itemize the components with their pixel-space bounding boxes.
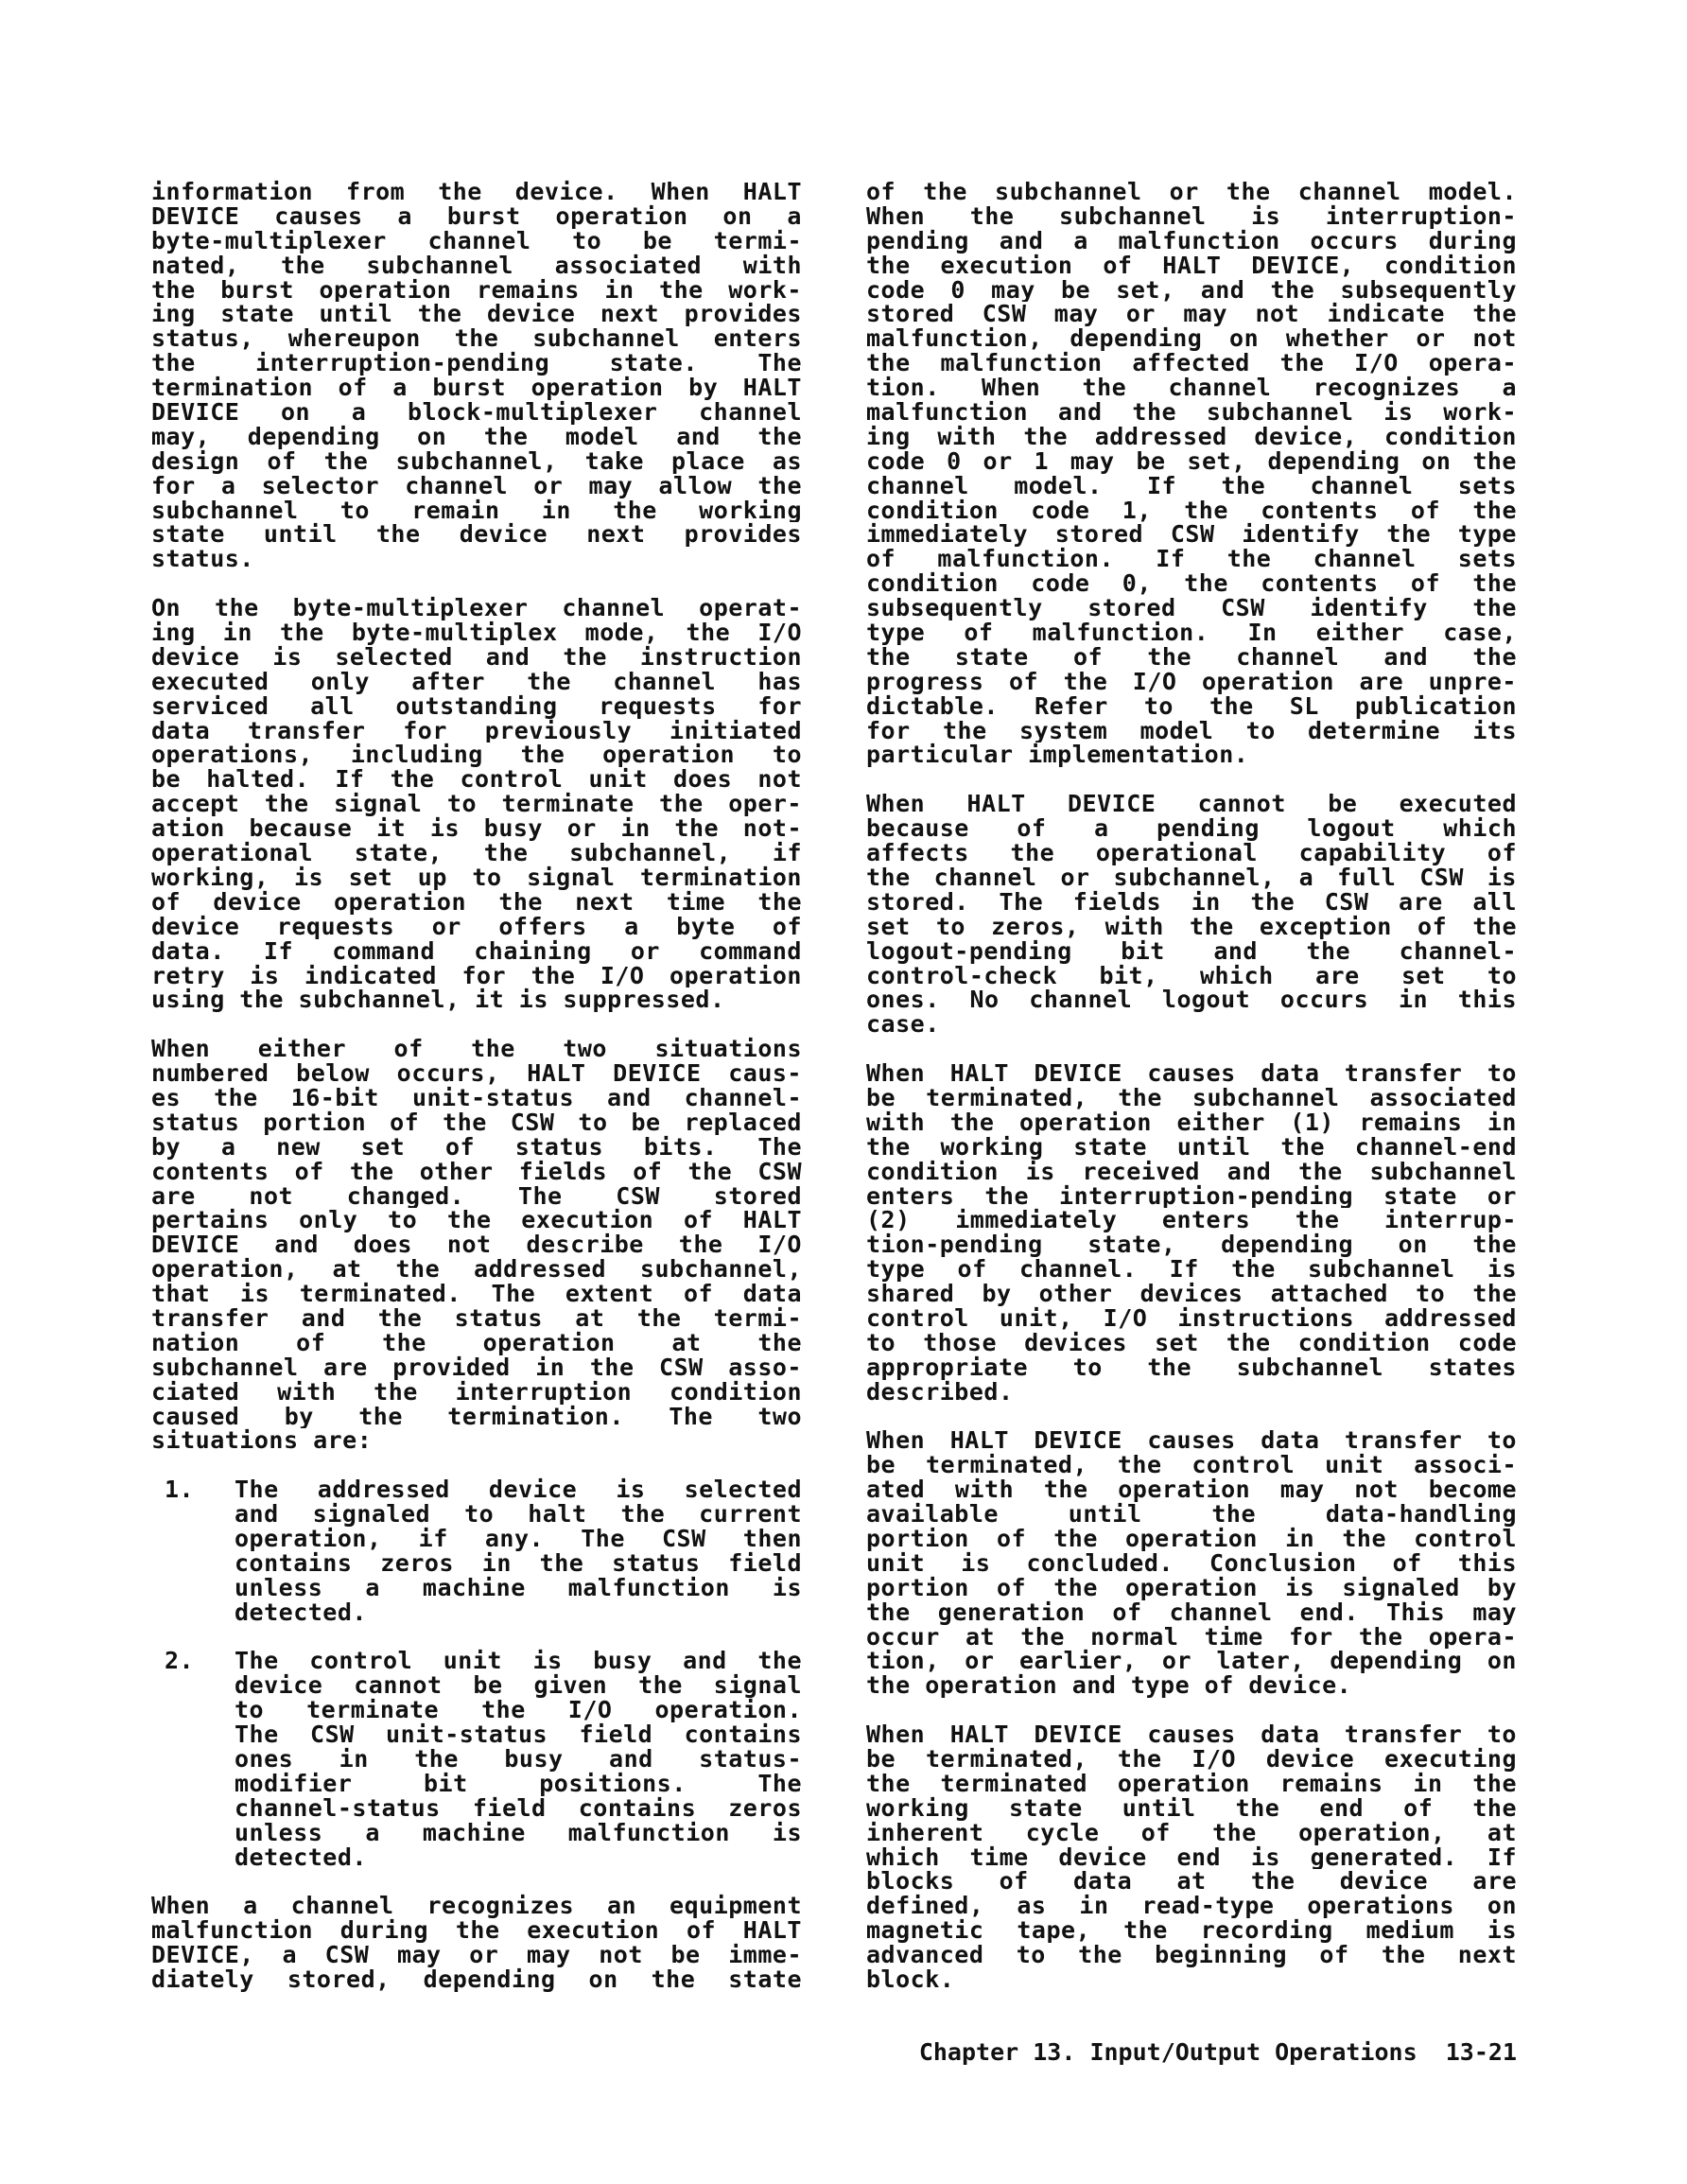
text-line: operation, if any. The CSW then [235,1527,802,1551]
text-line: condition code 0, the contents of the [866,571,1517,596]
text-line: the operation and type of device. [866,1673,1517,1698]
text-line: executed only after the channel has [151,670,802,694]
text-line: detected. [235,1845,802,1870]
text-line: es the 16-bit unit-status and channel- [151,1086,802,1110]
text-line: ated with the operation may not become [866,1477,1517,1502]
text-line: When HALT DEVICE cannot be executed [866,792,1517,816]
text-line: pending and a malfunction occurs during [866,229,1517,253]
text-line: The addressed device is selected [235,1477,802,1502]
text-line: (2) immediately enters the interrup- [866,1208,1517,1232]
text-line: ation because it is busy or in the not- [151,816,802,841]
text-line: situations are: [151,1428,802,1453]
footer-chapter-title: Chapter 13. Input/Output Operations [919,2038,1417,2066]
text-line: by a new set of status bits. The [151,1135,802,1160]
text-line: diately stored, depending on the state [151,1967,802,1992]
text-line: and signaled to halt the current [235,1502,802,1527]
text-line: subchannel to remain in the working [151,498,802,523]
text-line: design of the subchannel, take place as [151,449,802,474]
text-line: ones in the busy and status- [235,1747,802,1772]
text-line: be halted. If the control unit does not [151,767,802,792]
text-line: control unit, I/O instructions addressed [866,1306,1517,1331]
text-line: data transfer for previously initiated [151,719,802,743]
text-line: be terminated, the I/O device executing [866,1747,1517,1772]
text-line: for the system model to determine its [866,719,1517,743]
paragraph-subchannel-termination: When HALT DEVICE causes data transfer to… [866,1061,1517,1404]
text-line: malfunction and the subchannel is work- [866,400,1517,425]
text-line: defined, as in read-type operations on [866,1894,1517,1918]
text-line: the burst operation remains in the work- [151,278,802,303]
text-line: information from the device. When HALT [151,180,802,204]
text-line: tion. When the channel recognizes a [866,376,1517,400]
text-line: detected. [235,1600,802,1625]
text-line: available until the data-handling [866,1502,1517,1527]
text-line: The CSW unit-status field contains [235,1722,802,1747]
text-line: state until the device next provides [151,522,802,547]
paragraph-two-situations: When either of the two situationsnumbere… [151,1037,802,1453]
text-line: The control unit is busy and the [235,1649,802,1673]
text-line: to those devices set the condition code [866,1331,1517,1355]
text-line: condition code 1, the contents of the [866,498,1517,523]
text-line: enters the interruption-pending state or [866,1184,1517,1209]
text-line: particular implementation. [866,743,1517,767]
text-line: data. If command chaining or command [151,939,802,964]
paragraph-device-termination: When HALT DEVICE causes data transfer to… [866,1722,1517,1992]
text-line: When HALT DEVICE causes data transfer to [866,1722,1517,1747]
text-line: transfer and the status at the termi- [151,1306,802,1331]
text-line: stored CSW may or may not indicate the [866,302,1517,326]
text-line: shared by other devices attached to the [866,1282,1517,1306]
text-line: using the subchannel, it is suppressed. [151,987,802,1012]
text-line: appropriate to the subchannel states [866,1355,1517,1380]
text-line: magnetic tape, the recording medium is [866,1918,1517,1943]
text-line: contents of the other fields of the CSW [151,1160,802,1184]
text-line: code 0 or 1 may be set, depending on the [866,449,1517,474]
text-line: described. [866,1380,1517,1405]
text-line: type of malfunction. In either case, [866,620,1517,645]
paragraph-pending-logout: When HALT DEVICE cannot be executedbecau… [866,792,1517,1037]
text-line: pertains only to the execution of HALT [151,1208,802,1232]
text-line: be terminated, the subchannel associated [866,1086,1517,1110]
text-line: status. [151,547,802,571]
text-line: DEVICE, a CSW may or may not be imme- [151,1943,802,1967]
text-line: malfunction, depending on whether or not [866,326,1517,351]
text-line: the working state until the channel-end [866,1135,1517,1160]
text-line: inherent cycle of the operation, at [866,1821,1517,1845]
paragraph-malfunction-condition-codes: of the subchannel or the channel model.W… [866,180,1517,767]
text-line: blocks of data at the device are [866,1869,1517,1894]
text-line: When HALT DEVICE causes data transfer to [866,1061,1517,1086]
text-line: advanced to the beginning of the next [866,1943,1517,1967]
text-line: control-check bit, which are set to [866,964,1517,988]
text-line: condition is received and the subchannel [866,1160,1517,1184]
text-line: status portion of the CSW to be replaced [151,1110,802,1135]
text-line: termination of a burst operation by HALT [151,376,802,400]
text-line: contains zeros in the status field [235,1551,802,1576]
text-line: immediately stored CSW identify the type [866,522,1517,547]
text-line: progress of the I/O operation are unpre- [866,670,1517,694]
text-line: caused by the termination. The two [151,1405,802,1429]
list-item-text: The addressed device is selectedand sign… [235,1477,802,1624]
text-line: ing state until the device next provides [151,302,802,326]
text-line: operation, at the addressed subchannel, [151,1257,802,1282]
text-line: portion of the operation is signaled by [866,1576,1517,1600]
text-line: to terminate the I/O operation. [235,1698,802,1722]
text-line: working, is set up to signal termination [151,865,802,890]
text-line: subchannel are provided in the CSW asso- [151,1355,802,1380]
text-line: malfunction during the execution of HALT [151,1918,802,1943]
text-line: nated, the subchannel associated with [151,253,802,278]
text-line: ing in the byte-multiplex mode, the I/O [151,620,802,645]
text-line: block. [866,1967,1517,1992]
right-column: of the subchannel or the channel model.W… [866,180,1517,2017]
text-line: with the operation either (1) remains in [866,1110,1517,1135]
text-line: unit is concluded. Conclusion of this [866,1551,1517,1576]
text-line: type of channel. If the subchannel is [866,1257,1517,1282]
paragraph-control-unit-termination: When HALT DEVICE causes data transfer to… [866,1428,1517,1698]
text-line: portion of the operation in the control [866,1527,1517,1551]
text-line: working state until the end of the [866,1796,1517,1821]
text-line: When a channel recognizes an equipment [151,1894,802,1918]
text-line: the state of the channel and the [866,645,1517,670]
text-line: When HALT DEVICE causes data transfer to [866,1428,1517,1453]
text-line: tion, or earlier, or later, depending on [866,1649,1517,1673]
text-line: that is terminated. The extent of data [151,1282,802,1306]
text-line: device is selected and the instruction [151,645,802,670]
list-item-1: 1. The addressed device is selectedand s… [151,1477,802,1624]
text-line: ones. No channel logout occurs in this [866,987,1517,1012]
text-line: retry is indicated for the I/O operation [151,964,802,988]
text-line: because of a pending logout which [866,816,1517,841]
text-line: byte-multiplexer channel to be termi- [151,229,802,253]
list-item-text: The control unit is busy and thedevice c… [235,1649,802,1869]
text-line: modifier bit positions. The [235,1772,802,1796]
text-line: which time device end is generated. If [866,1845,1517,1870]
text-line: tion-pending state, depending on the [866,1232,1517,1257]
text-line: On the byte-multiplexer channel operat- [151,596,802,620]
text-line: ciated with the interruption condition [151,1380,802,1405]
text-line: the interruption-pending state. The [151,351,802,376]
text-line: be terminated, the control unit associ- [866,1453,1517,1477]
text-line: DEVICE causes a burst operation on a [151,204,802,229]
text-line: logout-pending bit and the channel- [866,939,1517,964]
text-line: DEVICE and does not describe the I/O [151,1232,802,1257]
left-column: information from the device. When HALTDE… [151,180,802,2017]
text-line: accept the signal to terminate the oper- [151,792,802,816]
text-line: subsequently stored CSW identify the [866,596,1517,620]
paragraph-burst-termination: information from the device. When HALTDE… [151,180,802,571]
text-line: of the subchannel or the channel model. [866,180,1517,204]
text-line: status, whereupon the subchannel enters [151,326,802,351]
text-line: operational state, the subchannel, if [151,841,802,865]
text-line: occur at the normal time for the opera- [866,1625,1517,1650]
page-number: 13-21 [1446,2038,1517,2066]
text-line: nation of the operation at the [151,1331,802,1355]
text-line: of device operation the next time the [151,890,802,915]
text-line: set to zeros, with the exception of the [866,915,1517,939]
list-number: 1. [165,1477,194,1502]
text-line: device requests or offers a byte of [151,915,802,939]
paragraph-equipment-malfunction: When a channel recognizes an equipmentma… [151,1894,802,1992]
text-line: numbered below occurs, HALT DEVICE caus- [151,1061,802,1086]
text-line: operations, including the operation to [151,743,802,767]
text-line: case. [866,1012,1517,1037]
text-line: for a selector channel or may allow the [151,474,802,498]
text-line: the malfunction affected the I/O opera- [866,351,1517,376]
list-item-2: 2. The control unit is busy and thedevic… [151,1649,802,1869]
text-line: serviced all outstanding requests for [151,694,802,719]
text-line: code 0 may be set, and the subsequently [866,278,1517,303]
text-line: device cannot be given the signal [235,1673,802,1698]
text-line: channel model. If the channel sets [866,474,1517,498]
text-line: the channel or subchannel, a full CSW is [866,865,1517,890]
text-line: may, depending on the model and the [151,425,802,449]
text-line: When the subchannel is interruption- [866,204,1517,229]
text-line: of malfunction. If the channel sets [866,547,1517,571]
text-line: dictable. Refer to the SL publication [866,694,1517,719]
page-footer: Chapter 13. Input/Output Operations 13-2… [836,2039,1517,2066]
text-line: the generation of channel end. This may [866,1600,1517,1625]
text-line: unless a machine malfunction is [235,1576,802,1600]
text-line: are not changed. The CSW stored [151,1184,802,1209]
text-line: affects the operational capability of [866,841,1517,865]
text-line: the execution of HALT DEVICE, condition [866,253,1517,278]
text-line: DEVICE on a block-multiplexer channel [151,400,802,425]
text-line: the terminated operation remains in the [866,1772,1517,1796]
text-line: channel-status field contains zeros [235,1796,802,1821]
text-line: ing with the addressed device, condition [866,425,1517,449]
text-line: When either of the two situations [151,1037,802,1061]
paragraph-byte-multiplex-mode: On the byte-multiplexer channel operat-i… [151,596,802,1012]
text-line: stored. The fields in the CSW are all [866,890,1517,915]
list-number: 2. [165,1649,194,1673]
text-line: unless a machine malfunction is [235,1821,802,1845]
